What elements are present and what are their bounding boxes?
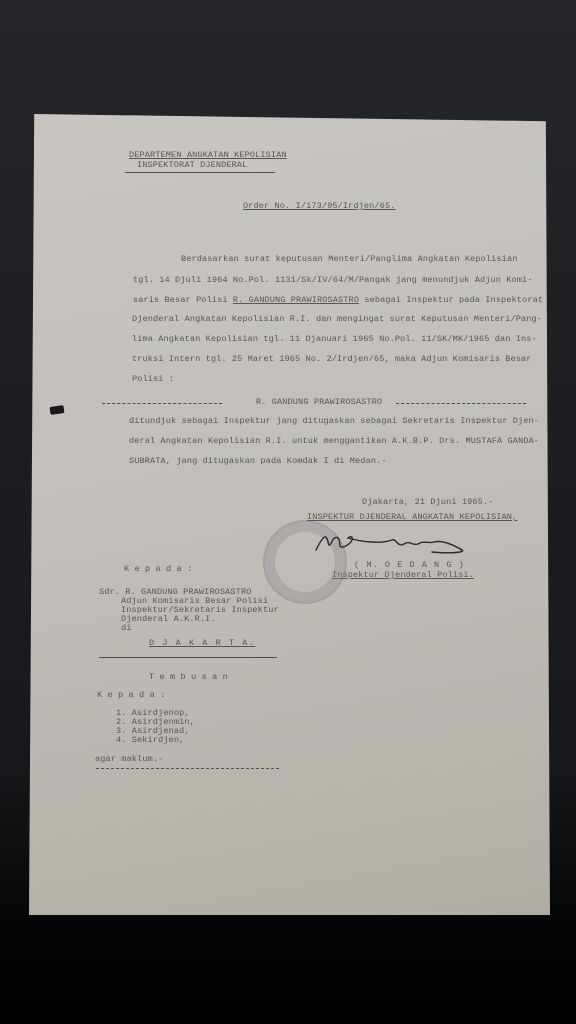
recipient-line: Djenderal A.K.R.I.: [121, 614, 216, 624]
body-text: sebagai Inspektur pada Inspektorat: [364, 295, 543, 305]
dashed-rule-right: [396, 403, 526, 404]
body-line: deral Angkatan Kepolisian R.I. untuk men…: [129, 436, 539, 446]
closing-note: agar maklum.-: [95, 754, 163, 764]
body-line: ditundjuk sebagai Inspektur jang ditugas…: [129, 416, 539, 426]
recipient-line: di: [121, 623, 132, 633]
header-line-2: INSPEKTORAT DJENDERAL: [137, 160, 247, 170]
document-sheet: DEPARTEMEN ANGKATAN KEPOLISIAN INSPEKTOR…: [29, 114, 550, 915]
order-number: Order No. I/173/95/Irdjen/65.: [243, 201, 395, 211]
signatory-title: Inspektur Djenderal Polisi.: [332, 570, 474, 580]
body-line: Polisi :: [132, 374, 174, 384]
handwritten-signature: [312, 528, 482, 558]
body-line: truksi Intern tgl. 25 Maret 1965 No. 2/I…: [132, 354, 532, 364]
signatory-name: ( M. O E D A N G ): [354, 560, 465, 570]
signing-office: INSPEKTUR DJENDERAL ANGKATAN KEPOLISIAN,: [307, 512, 517, 522]
recipient-label: K e p a d a :: [124, 564, 192, 574]
copy-recipient: 4. Sekirdjen,: [116, 735, 184, 745]
body-line: Berdasarkan surat keputusan Menteri/Pang…: [181, 254, 517, 264]
header-line-1: DEPARTEMEN ANGKATAN KEPOLISIAN: [129, 150, 287, 160]
body-line: tgl. 14 Djuli 1964 No.Pol. 1131/Sk/IV/64…: [133, 275, 533, 285]
body-line: lima Angkatan Kepolisian tgl. 11 Djanuar…: [132, 334, 537, 344]
closing-rule: [96, 768, 279, 769]
recipient-rule: [99, 657, 277, 658]
body-line: SUBRATA, jang ditugaskan pada Komdak I d…: [129, 456, 387, 466]
header-rule: [125, 172, 275, 173]
appointee-name: R. GANDUNG PRAWIROSASTRO: [256, 397, 382, 407]
copies-label: K e p a d a :: [97, 690, 165, 700]
body-line: Djenderal Angkatan Kepolisian R.I. dan m…: [132, 314, 542, 324]
recipient-city: D J A K A R T A.: [149, 638, 256, 648]
body-text: saris Besar Polisi: [133, 295, 228, 305]
place-date: Djakarta, 21 Djuni 1965.-: [362, 497, 493, 507]
body-line-start: saris Besar Polisi R. GANDUNG PRAWIROSAS…: [133, 295, 543, 305]
copies-heading: T e m b u s a n: [149, 672, 228, 682]
named-officer: R. GANDUNG PRAWIROSASTRO: [233, 295, 359, 305]
dashed-rule-left: [102, 403, 222, 404]
